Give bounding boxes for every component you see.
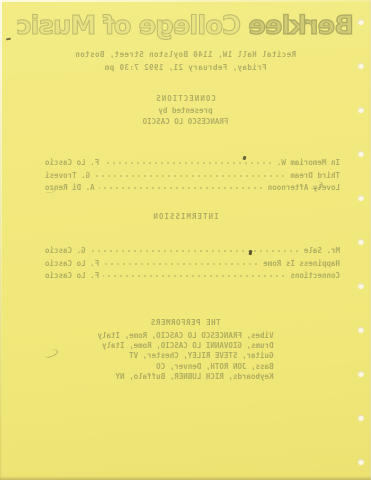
scanned-program-page: Berklee College of Music Recital Hall 1W… [0, 0, 371, 480]
piece-title: Happiness Is Rome [263, 259, 340, 268]
punch-hole [358, 151, 364, 157]
presented-by-label: presented by [0, 105, 371, 117]
berklee-logo-tagline: College of Music [17, 11, 249, 41]
program-row: Connections F. Lo Cascio [45, 268, 340, 280]
piece-title: Mr. Sale [304, 246, 340, 255]
punch-hole [358, 415, 364, 421]
concert-title-block: CONNECTIONS presented by FRANCESCO LO CA… [0, 93, 371, 128]
performers-heading: THE PERFORMERS [0, 318, 371, 327]
dot-leader [103, 159, 273, 167]
program-row: Lovely Afternoon A. Di Renzo [45, 180, 340, 192]
piece-composer: F. Lo Cascio [45, 271, 99, 280]
punch-hole [358, 63, 364, 69]
performer-line: Guitar, STEVE RILEY, Chester, VT [97, 351, 273, 361]
show-through-verso-content: Berklee College of Music Recital Hall 1W… [0, 0, 371, 480]
concert-title: CONNECTIONS [0, 93, 371, 105]
berklee-logo: Berklee College of Music [0, 11, 371, 41]
intermission-label: INTERMISSION [0, 212, 371, 221]
punch-hole [358, 107, 364, 113]
piece-title: Connections [290, 271, 340, 280]
program-row: Mr. Sale G. Cascio [45, 243, 340, 255]
performer-line: Keyboards, RICH LUBNER, Buffalo, NY [97, 372, 273, 382]
venue-line: Recital Hall 1W, 1140 Boylston Street, B… [0, 50, 371, 59]
program-row: In Memoriam W. F. Lo Cascio [45, 155, 340, 167]
piece-composer: G. Trovesi [45, 171, 90, 180]
punch-hole [358, 283, 364, 289]
piece-composer: G. Cascio [45, 246, 86, 255]
piece-composer: F. Lo Cascio [45, 259, 99, 268]
piece-title: Third Dream [290, 171, 340, 180]
program-row: Happiness Is Rome F. Lo Cascio [45, 255, 340, 267]
date-line: Friday, February 21, 1992 7:30 pm [0, 63, 371, 72]
punch-hole [358, 371, 364, 377]
program-second-half: Mr. Sale G. Cascio Happiness Is Rome F. … [45, 243, 340, 280]
performer-line: Drums, GIOVANNI LO CASCIO, Rome, Italy [97, 341, 273, 351]
piece-title: In Memoriam W. [277, 158, 340, 167]
performers-list: Vibes, FRANCESCO LO CASCIO, Rome, Italy … [0, 331, 371, 382]
program-first-half: In Memoriam W. F. Lo Cascio Third Dream … [45, 155, 340, 192]
dot-leader [90, 247, 300, 255]
berklee-logo-wordmark: Berklee [249, 11, 354, 41]
punch-hole [358, 459, 364, 465]
dot-leader [94, 172, 286, 180]
punch-hole [358, 327, 364, 333]
punch-hole [358, 239, 364, 245]
punch-hole [358, 195, 364, 201]
punch-hole [358, 19, 364, 25]
presenter-name: FRANCESCO LO CASCIO [0, 116, 371, 128]
dot-leader [99, 184, 264, 192]
piece-composer: F. Lo Cascio [45, 158, 99, 167]
program-row: Third Dream G. Trovesi [45, 167, 340, 179]
dot-leader [103, 272, 286, 280]
performer-line: Bass, JON ROTH, Denver, CO [97, 362, 273, 372]
piece-title: Lovely Afternoon [268, 183, 340, 192]
performer-line: Vibes, FRANCESCO LO CASCIO, Rome, Italy [97, 331, 273, 341]
dot-leader [103, 260, 259, 268]
